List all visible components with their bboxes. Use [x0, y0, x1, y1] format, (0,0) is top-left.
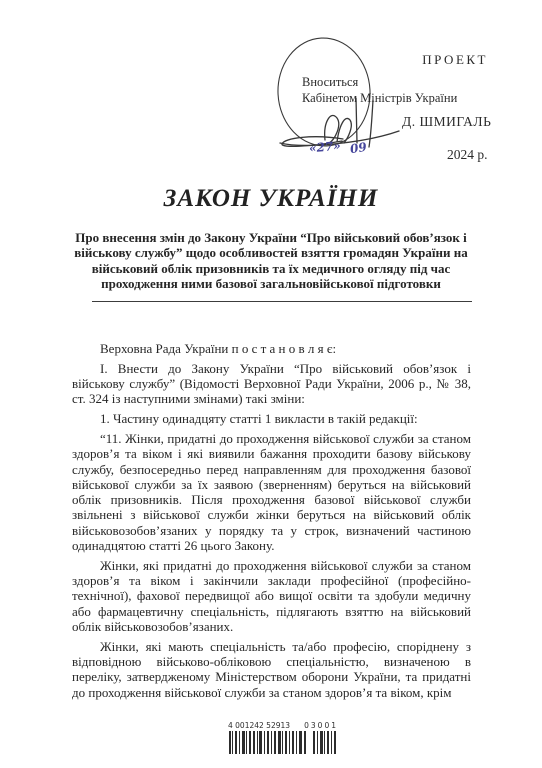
- registration-barcode: 4 001242 52913 03001: [226, 721, 340, 754]
- body-paragraph: Жінки, які придатні до проходження війсь…: [72, 558, 471, 634]
- preamble-paragraph: Верховна Рада України п о с т а н о в л …: [72, 341, 471, 356]
- barcode-digits-right: 03001: [304, 721, 338, 730]
- submitted-by-line1: Вноситься: [302, 75, 358, 90]
- year-label: 2024 р.: [447, 147, 488, 163]
- barcode-digits-left: 4 001242 52913: [228, 721, 290, 730]
- handwritten-month: 09: [349, 140, 368, 156]
- body-paragraph: І. Внести до Закону України “Про військо…: [72, 361, 471, 407]
- law-title: ЗАКОН УКРАЇНИ: [0, 185, 542, 213]
- draft-label: ПРОЕКТ: [422, 52, 488, 68]
- law-subtitle: Про внесення змін до Закону України “Про…: [71, 230, 471, 292]
- submitted-by-line2: Кабінетом Міністрів України: [302, 91, 457, 106]
- signer-name: Д. ШМИГАЛЬ: [402, 114, 491, 130]
- body-paragraph: “11. Жінки, придатні до проходження війс…: [72, 431, 471, 553]
- body-paragraph: 1. Частину одинадцяту статті 1 викласти …: [72, 411, 471, 426]
- law-body: Верховна Рада України п о с т а н о в л …: [72, 341, 471, 705]
- title-separator-line: [92, 301, 472, 302]
- handwritten-day: «27»: [308, 139, 341, 156]
- body-paragraph: Жінки, які мають спеціальність та/або пр…: [72, 639, 471, 700]
- barcode-bars-icon: [229, 731, 337, 754]
- document-page: ПРОЕКТ Вноситься Кабінетом Міністрів Укр…: [0, 0, 542, 768]
- barcode-digits: 4 001242 52913 03001: [228, 721, 338, 730]
